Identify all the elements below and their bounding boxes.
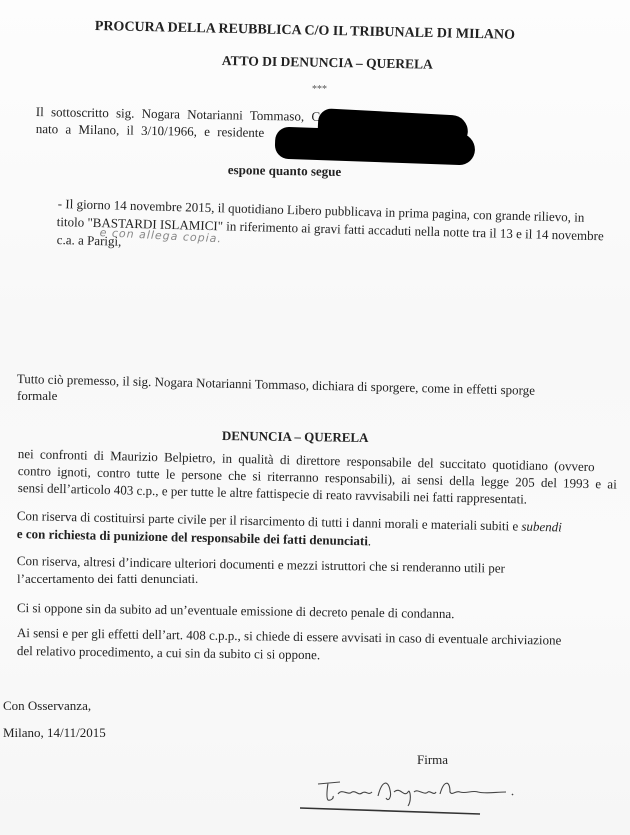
reserve-line-2: e con richiesta di punizione del respons… [17,526,372,548]
place-date: Milano, 14/11/2015 [3,725,106,740]
redaction-mark [275,127,476,166]
separator: *** [312,82,327,97]
opposition-line: Ci si oppone sin da subito ad un’eventua… [17,600,455,621]
archiviazione-line-2: del relativo procedimento, a cui sin da … [17,643,320,662]
closing: Con Osservanza, [3,698,91,713]
denuncia-heading: DENUNCIA – QUERELA [222,428,369,445]
reserve-italic: subendi [521,519,562,535]
reserve-end: . [368,533,372,548]
document-page: PROCURA DELLA REUBBLICA C/O IL TRIBUNALE… [0,0,630,835]
signature-icon [300,770,550,818]
reserve2-line-2: l’accertamento dei fatti denunciati. [17,571,198,586]
reserve-bold: e con richiesta di punizione del respons… [17,526,368,548]
signature-label: Firma [417,752,448,767]
premise-line-2: formale [17,388,57,403]
document-subtitle: ATTO DI DENUNCIA – QUERELA [222,53,433,72]
document-title: PROCURA DELLA REUBBLICA C/O IL TRIBUNALE… [95,19,515,43]
intro-line-2: nato a Milano, il 3/10/1966, e residente [36,121,265,140]
section-heading-espone: espone quanto segue [228,162,342,179]
premise-line-1: Tutto ciò premesso, il sig. Nogara Notar… [17,371,535,398]
